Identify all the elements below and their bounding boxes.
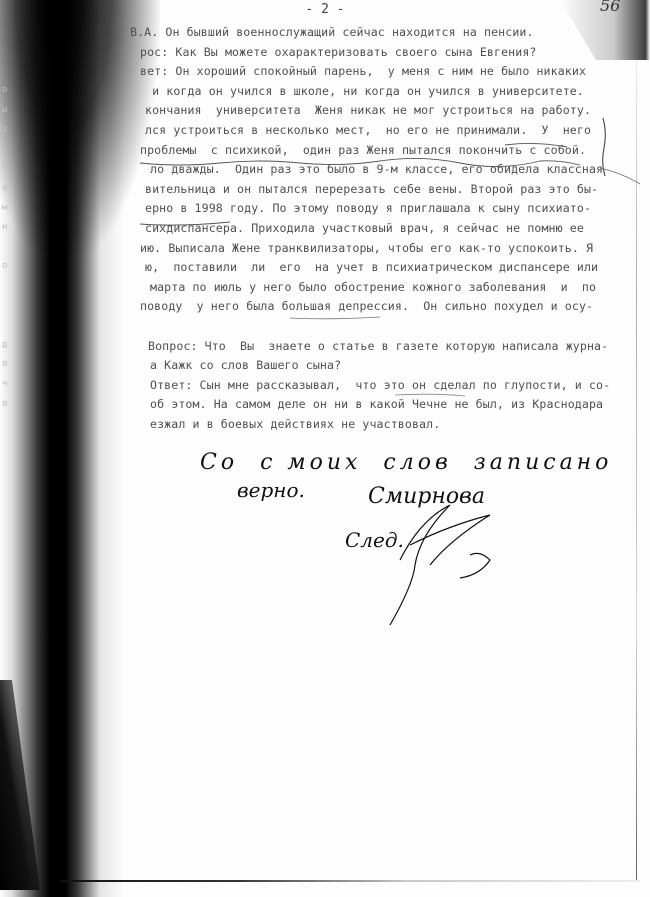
margin-fragment: о: [2, 399, 7, 409]
underline-mark: [505, 143, 567, 147]
margin-fragment: ч: [2, 379, 7, 389]
pen-annotations: [0, 0, 650, 897]
handwritten-signature-name: Смирнова: [368, 484, 485, 509]
margin-fragment: о: [2, 261, 7, 271]
margin-fragment: о: [2, 85, 7, 95]
handwritten-attestation: Со с моих слов записано: [200, 450, 612, 475]
scanned-page: - 2 - 56 В.А. Он бывший военнослужащий с…: [0, 0, 650, 897]
underline-depression-mark: [290, 317, 380, 319]
margin-fragment: ы: [2, 105, 7, 115]
signature-scribble: [390, 505, 490, 625]
wavy-underline-mark: [140, 158, 580, 166]
margin-fragment: —: [2, 163, 7, 173]
margin-fragment: о: [2, 359, 7, 369]
underline-1998-mark: [140, 222, 230, 225]
underline-stupidity-mark: [395, 394, 465, 396]
margin-fragment: к: [2, 144, 7, 154]
margin-fragment: д: [2, 124, 7, 134]
margin-fragment: д: [2, 340, 7, 350]
margin-fragment: н: [2, 222, 7, 232]
handwritten-investigator: След.: [345, 528, 404, 552]
margin-fragment: о: [2, 183, 7, 193]
margin-stroke-mark: [600, 168, 640, 184]
margin-fragment: м: [2, 203, 7, 213]
handwritten-verno: верно.: [237, 478, 305, 502]
margin-bracket-mark: [603, 118, 606, 176]
